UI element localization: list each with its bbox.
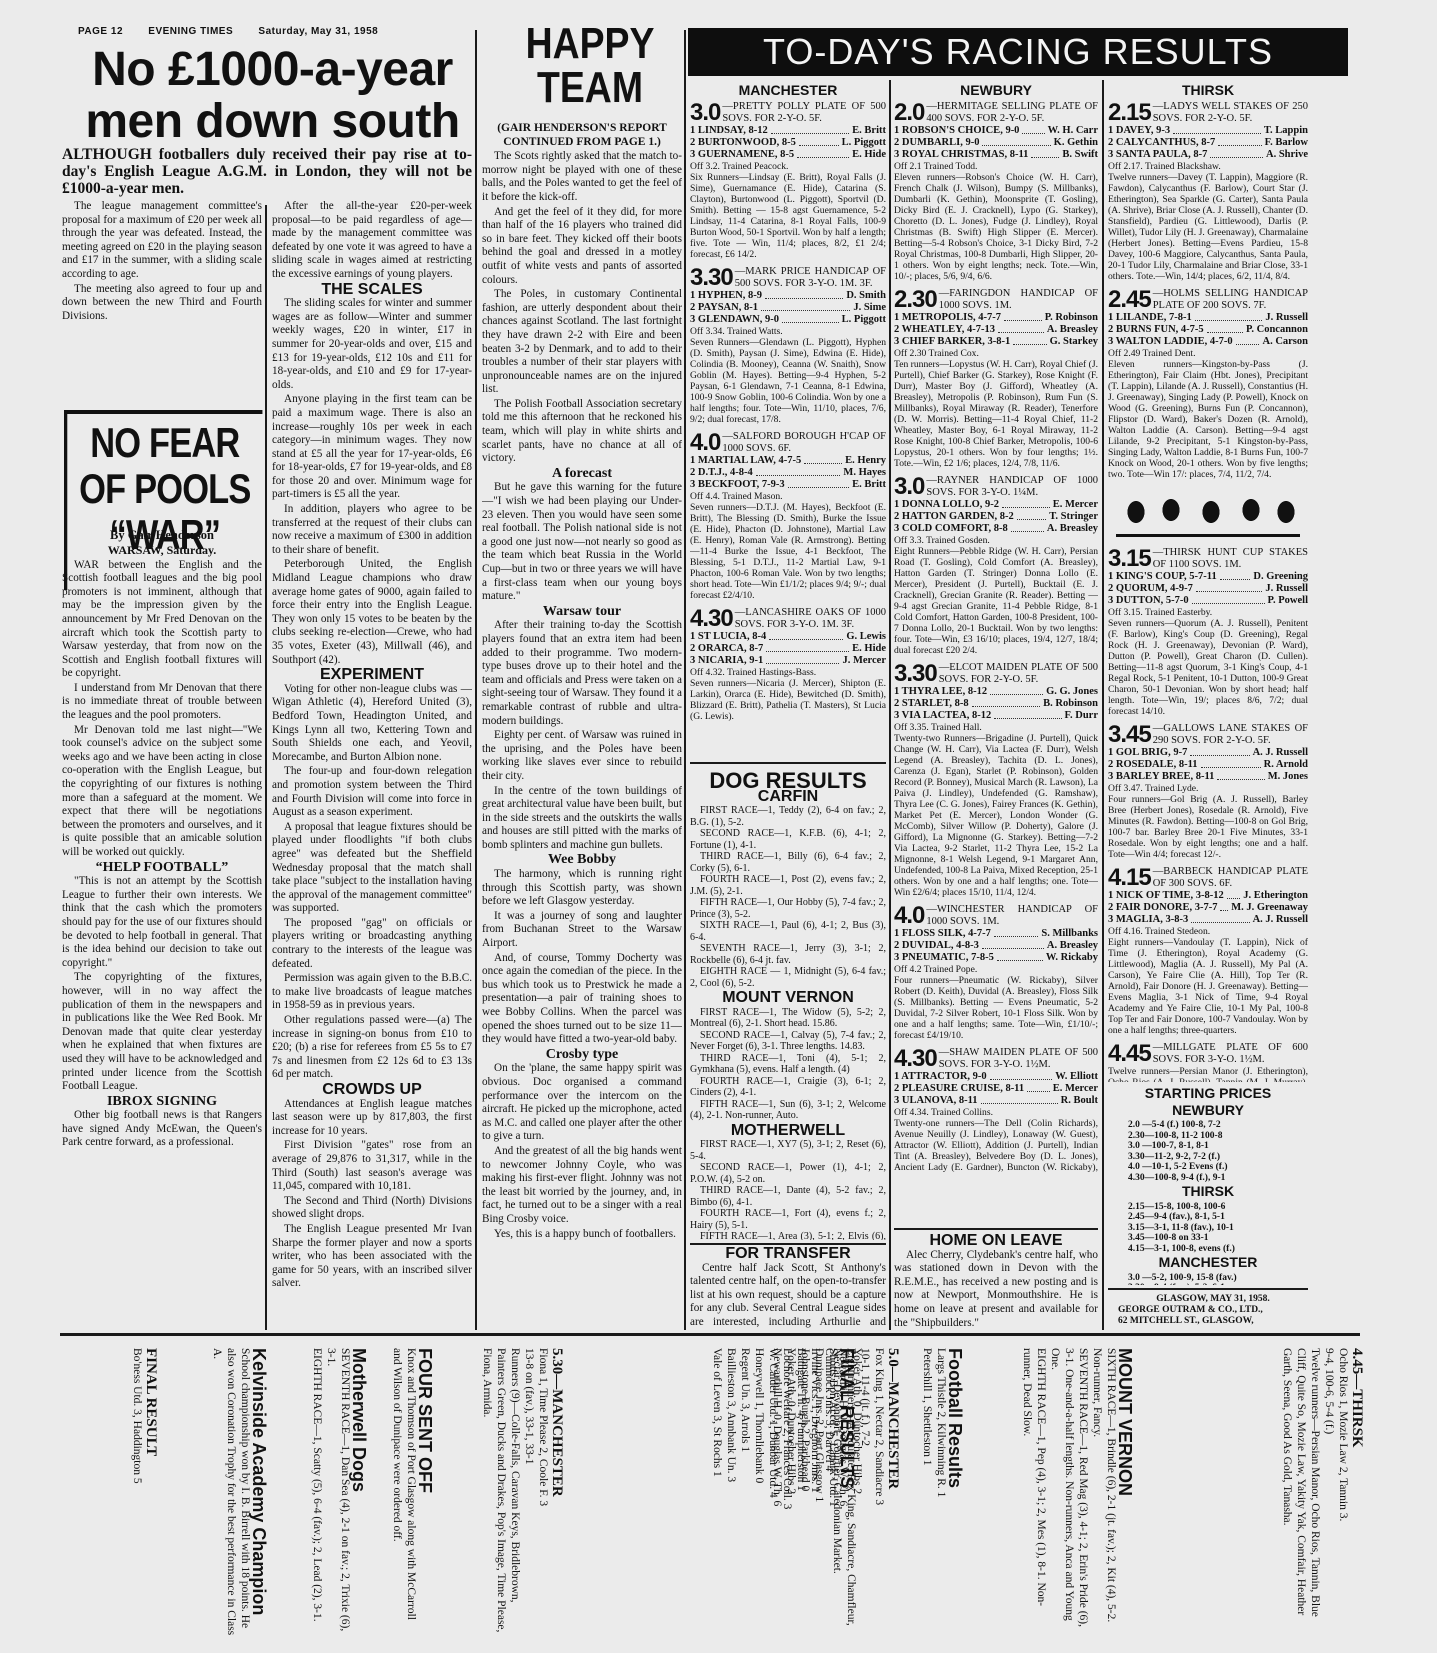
section-heading: EXPERIMENT <box>272 668 472 682</box>
track-name: MOUNT VERNON <box>690 991 886 1005</box>
race-result: 4.15—BARBECK HANDICAP PLATE of 300 sovs.… <box>1108 866 1308 1036</box>
stop-press-heading: 5.0—MANCHESTER <box>886 1348 900 1638</box>
horse: 2 PAYSAN, 8-1 <box>690 302 758 314</box>
race-title: —MILLGATE PLATE of 600 sovs. for 3-y-o. … <box>1153 1042 1308 1066</box>
sp-line: 3.30—11-2, 9-2, 7-2 (f.) <box>1108 1152 1308 1163</box>
race-detail: Eight runners—Vandoulay (T. Lappin), Nic… <box>1108 937 1308 1036</box>
race-time: 2.30 <box>894 288 937 312</box>
horse: 1 LINDSAY, 8-12 <box>690 125 768 137</box>
horse: 1 NICK OF TIME, 3-8-12 <box>1108 890 1224 902</box>
horse: 1 FLOSS SILK, 4-7-7 <box>894 928 991 940</box>
jockey: A. Carson <box>1262 336 1308 348</box>
paragraph: Alec Cherry, Clydebank's centre half, wh… <box>894 1249 1098 1330</box>
jockey: G. Starkey <box>1050 336 1098 348</box>
horse: 1 ROBSON'S CHOICE, 9-0 <box>894 125 1019 137</box>
leader-dots <box>1196 583 1263 592</box>
paragraph: The copyrighting of the fixtures, howeve… <box>62 971 262 1093</box>
horse: 3 BARLEY BREE, 8-11 <box>1108 771 1214 783</box>
column-rule <box>684 30 686 1330</box>
horse: 3 GUERNAMENE, 8-5 <box>690 149 794 161</box>
paragraph: The Second and Third (North) Divisions s… <box>272 1195 472 1222</box>
placing: 1 METROPOLIS, 4-7-7P. Robinson <box>894 312 1098 324</box>
leader-dots <box>1195 312 1263 321</box>
race-time: 2.45 <box>1108 288 1151 312</box>
race-header: 3.30—ELCOT MAIDEN PLATE of 500 sovs. for… <box>894 662 1098 686</box>
placing: 3 PNEUMATIC, 7-8-5W. Rickaby <box>894 952 1098 964</box>
horse: 1 HYPHEN, 8-9 <box>690 290 762 302</box>
stop-press-line: Ocho Rios 1, Mozie Law 2, Tannin 3. <box>1336 1348 1350 1638</box>
race-header: 4.30—LANCASHIRE OAKS of 1000 sovs. for 3… <box>690 607 886 631</box>
placing: 2 ORARCA, 8-7E. Hide <box>690 643 886 655</box>
off-time: Off 4.16. Trained Stedeon. <box>1108 926 1308 937</box>
off-time: Off 4.32. Trained Hastings-Bass. <box>690 667 886 678</box>
paragraph: After their training to-day the Scottish… <box>482 619 682 728</box>
column-rule <box>1102 80 1104 1330</box>
off-time: Off 4.2 Trained Pope. <box>894 964 1098 975</box>
paragraph: The harmony, which is running right thro… <box>482 868 682 909</box>
stop-press-block: FINAL RESULTBo'ness Utd. 3, Haddington 5 <box>130 1348 158 1638</box>
off-time: Off 4.34. Trained Collins. <box>894 1107 1098 1118</box>
stop-press-line: Johnstone Burgh 2, Parkhead 0 <box>798 1348 812 1638</box>
placing: 3 VIA LACTEA, 8-12F. Durr <box>894 710 1098 722</box>
race-detail: Seven runners—D.T.J. (M. Hayes), Beckfoo… <box>690 502 886 601</box>
leader-dots <box>1022 125 1044 134</box>
horse: 2 STARLET, 8-8 <box>894 698 969 710</box>
newspaper-page: PAGE 12 EVENING TIMES Saturday, May 31, … <box>0 0 1437 1653</box>
dog-race-result: SIXTH RACE—1, Paul (6), 4-1; 2, Bus (3),… <box>690 920 886 943</box>
horse: 1 METROPOLIS, 4-7-7 <box>894 312 1001 324</box>
horse: 1 ATTRACTOR, 9-0 <box>894 1071 987 1083</box>
stop-press-block: MOUNT VERNONSIXTH RACE—1, Brindle (6), 2… <box>1020 1348 1132 1638</box>
section-heading: THE SCALES <box>272 283 472 297</box>
paragraph: But he gave this warning for the future—… <box>482 481 682 603</box>
column-3: (GAIR HENDERSON'S REPORT CONTINUED FROM … <box>482 122 682 1330</box>
paragraph: It was a journey of song and laughter fr… <box>482 910 682 951</box>
paragraph: The Polish Football Association secretar… <box>482 398 682 466</box>
sp-line: 4.30—100-8, 9-4 (f.), 9-1 <box>1108 1173 1308 1184</box>
jockey: J. Russell <box>1265 583 1308 595</box>
race-result: 4.45—MILLGATE PLATE of 600 sovs. for 3-y… <box>1108 1042 1308 1082</box>
race-result: 2.15—LADYS WELL STAKES of 250 sovs. for … <box>1108 101 1308 282</box>
horse: 3 VIA LACTEA, 8-12 <box>894 710 991 722</box>
paragraph: A proposal that league fixtures should b… <box>272 821 472 916</box>
paragraph: In addition, players who agree to be tra… <box>272 503 472 557</box>
leader-dots <box>1201 759 1261 768</box>
placing: 3 DUTTON, 5-7-0P. Powell <box>1108 595 1308 607</box>
placing: 2 STARLET, 8-8B. Robinson <box>894 698 1098 710</box>
imprint: GLASGOW, MAY 31, 1958. GEORGE OUTRAM & C… <box>1118 1294 1308 1334</box>
race-header: 2.15—LADYS WELL STAKES of 250 sovs. for … <box>1108 101 1308 125</box>
race-detail: Four runners—Gol Brig (A. J. Russell), B… <box>1108 794 1308 860</box>
jockey: J. Russell <box>1265 312 1308 324</box>
stop-press-line: 10-1, 11-4 (jt. f.), 7-2 <box>858 1348 872 1638</box>
race-title: —THIRSK HUNT CUP STAKES of 1100 sovs. 1m… <box>1153 547 1308 571</box>
jockey: E. Mercer <box>1053 1083 1098 1095</box>
stop-press-line: Eight runners—Articulate, Fox King, Sand… <box>830 1348 858 1638</box>
section-rule <box>1108 1288 1308 1290</box>
paragraph: Peterborough United, the English Midland… <box>272 558 472 667</box>
horse: 3 ROYAL CHRISTMAS, 8-11 <box>894 149 1028 161</box>
off-time: Off 3.3. Trained Gosden. <box>894 535 1098 546</box>
jockey: G. Lewis <box>846 631 886 643</box>
page-number: PAGE 12 <box>78 26 123 37</box>
section-heading: FOR TRANSFER <box>690 1247 886 1261</box>
leader-dots <box>1002 499 1050 508</box>
race-header: 4.45—MILLGATE PLATE of 600 sovs. for 3-y… <box>1108 1042 1308 1066</box>
race-detail: Eight Runners—Pebble Ridge (W. H. Carr),… <box>894 546 1098 656</box>
leader-dots <box>998 324 1044 333</box>
placing: 2 CALYCANTHUS, 8-7F. Barlow <box>1108 137 1308 149</box>
race-time: 3.0 <box>690 101 720 125</box>
horse: 3 MAGLIA, 3-8-3 <box>1108 914 1188 926</box>
horse: 3 NICARIA, 9-1 <box>690 655 763 667</box>
leader-dots <box>1220 902 1228 911</box>
stop-press-line: School championship won by I. B. Birrell… <box>210 1348 252 1638</box>
paragraph: On the 'plane, the same happy spirit was… <box>482 1062 682 1144</box>
dog-race-result: FIFTH RACE—1, Our Hobby (5), 7-4 fav.; 2… <box>690 897 886 920</box>
leader-dots <box>797 149 849 158</box>
placing: 2 PAYSAN, 8-1J. Sime <box>690 302 886 314</box>
jockey: T. Lappin <box>1264 125 1308 137</box>
race-time: 4.30 <box>894 1047 937 1071</box>
horse: 1 GOL BRIG, 9-7 <box>1108 747 1187 759</box>
horse: 3 BECKFOOT, 7-9-3 <box>690 479 785 491</box>
race-header: 3.30—MARK PRICE HANDICAP of 500 sovs. fo… <box>690 266 886 290</box>
section-heading: “HELP FOOTBALL” <box>62 861 262 875</box>
track-name: MOTHERWELL <box>690 1124 886 1138</box>
jockey: L. Piggott <box>842 314 886 326</box>
leader-dots <box>1027 1083 1050 1092</box>
paragraph: Yes, this is a happy bunch of footballer… <box>482 1228 682 1242</box>
placing: 1 THYRA LEE, 8-12G. G. Jones <box>894 686 1098 698</box>
leader-dots <box>994 710 1061 719</box>
race-result: 2.30—FARINGDON HANDICAP of 1000 sovs. 1m… <box>894 288 1098 469</box>
column-rule <box>265 205 267 1330</box>
horse: 2 D.T.J., 4-8-4 <box>690 467 753 479</box>
paragraph: The league management committee's propos… <box>62 200 262 282</box>
horse: 1 LILANDE, 7-8-1 <box>1108 312 1192 324</box>
jockey: P. Concannon <box>1246 324 1308 336</box>
leader-dots <box>1191 914 1249 923</box>
race-result: 3.0—RAYNER HANDICAP of 1000 sovs. for 3-… <box>894 475 1098 656</box>
section-rule <box>690 1243 886 1245</box>
jockey: D. Greening <box>1253 571 1308 583</box>
jockey: W. Elliott <box>1055 1071 1098 1083</box>
race-title: —FARINGDON HANDICAP of 1000 sovs. 1m. <box>939 288 1098 312</box>
sp-line: 2.0 —5-4 (f.) 100-8, 7-2 <box>1108 1120 1308 1131</box>
stop-press-line: Vale of Leven 3, St Rochs 1 <box>710 1348 724 1638</box>
paragraph: Permission was again given to the B.B.C.… <box>272 972 472 1013</box>
stop-press-line: Runners (9)—Colle-Falls, Caravan Keys, B… <box>480 1348 522 1638</box>
horse: 2 DUMBARLI, 9-0 <box>894 137 979 149</box>
jockey: A. Breasley <box>1047 940 1098 952</box>
jockey: A. Shrive <box>1266 149 1308 161</box>
leader-dots <box>981 1095 1058 1104</box>
leader-dots <box>1220 571 1251 580</box>
stop-press-heading: 4.45—THIRSK <box>1350 1348 1364 1638</box>
horse: 3 SANTA PAULA, 8-7 <box>1108 149 1207 161</box>
race-result: 2.45—HOLMS SELLING HANDICAP PLATE of 200… <box>1108 288 1308 480</box>
race-time: 3.30 <box>690 266 733 290</box>
placing: 1 LILANDE, 7-8-1J. Russell <box>1108 312 1308 324</box>
dog-race-result: FIRST RACE—1, The Widow (5), 5-2; 2, Mon… <box>690 1007 886 1030</box>
leader-dots <box>788 479 850 488</box>
race-result: 3.15—THIRSK HUNT CUP STAKES of 1100 sovs… <box>1108 547 1308 717</box>
sp-line: 3.30—9-4 (fav.), 5-2, 6-1 <box>1108 1283 1308 1285</box>
section-heading: HOME ON LEAVE <box>894 1234 1098 1248</box>
off-time: Off 3.35. Trained Hall. <box>894 722 1098 733</box>
jockey: A. J. Russell <box>1253 747 1308 759</box>
course-manchester: MANCHESTER3.0—PRETTY POLLY PLATE of 500 … <box>690 82 886 722</box>
paragraph: Other big football news is that Rangers … <box>62 1109 262 1150</box>
leader-dots <box>766 643 849 652</box>
race-time: 4.0 <box>894 904 924 928</box>
paragraph: The Poles, in customary Continental fash… <box>482 288 682 397</box>
horse: 2 PLEASURE CRUISE, 8-11 <box>894 1083 1024 1095</box>
placing: 3 SANTA PAULA, 8-7A. Shrive <box>1108 149 1308 161</box>
off-time: Off 2.49 Trained Dent. <box>1108 348 1308 359</box>
paragraph: And the greatest of all the big hands we… <box>482 1145 682 1227</box>
stop-press-block: 5.30—MANCHESTERFiona 1, Time Please 2, C… <box>480 1348 564 1638</box>
jockey: E. Hide <box>852 149 886 161</box>
dog-race-result: FOURTH RACE—1, Post (2), evens fav.; 2, … <box>690 874 886 897</box>
stop-press-line: Newarthill H. 0, Douglas W. Th. 6 <box>770 1348 784 1638</box>
jockey: R. Arnold <box>1264 759 1308 771</box>
race-time: 4.0 <box>690 431 720 455</box>
jockey: E. Henry <box>845 455 886 467</box>
race-detail: Seven Runners—Glendawn (L. Piggott), Hyp… <box>690 337 886 425</box>
jockey: E. Mercer <box>1053 499 1098 511</box>
lead-headline: No £1000-a-year men down south <box>70 44 475 148</box>
jockey: K. Gethin <box>1054 137 1098 149</box>
stop-press-block: Kelvinside Academy ChampionSchool champi… <box>210 1348 266 1638</box>
race-result: 3.45—GALLOWS LANE STAKES of 290 sovs. fo… <box>1108 723 1308 860</box>
placing: 1 DONNA LOLLO, 9-2E. Mercer <box>894 499 1098 511</box>
sp-course: THIRSK <box>1108 1185 1308 1199</box>
race-detail: Eleven runners—Kingston-by-Pass (J. Ethe… <box>1108 359 1308 480</box>
stop-press-line: SIXTH RACE—1, Brindle (6), 2-1 (jt. fav.… <box>1090 1348 1118 1638</box>
race-result: 4.0—SALFORD BOROUGH H'CAP of 1000 sovs. … <box>690 431 886 601</box>
race-header: 2.30—FARINGDON HANDICAP of 1000 sovs. 1m… <box>894 288 1098 312</box>
placing: 1 KING'S COUP, 5-7-11D. Greening <box>1108 571 1308 583</box>
race-title: —LANCASHIRE OAKS of 1000 sovs. for 3-y-o… <box>735 607 886 631</box>
leader-dots <box>769 631 843 640</box>
jockey: M. Jones <box>1268 771 1308 783</box>
stop-press-line: Largs Thistle 2, Kilwinning R. 1 <box>934 1348 948 1638</box>
placing: 2 ROSEDALE, 8-11R. Arnold <box>1108 759 1308 771</box>
racing-results-banner: TO-DAY'S RACING RESULTS <box>688 28 1348 76</box>
issue-date: Saturday, May 31, 1958 <box>258 26 378 37</box>
dog-results: DOG RESULTSCARFINFIRST RACE—1, Teddy (2)… <box>690 770 886 1240</box>
dog-race-result: THIRD RACE—1, Billy (6), 6-4 fav.; 2, Co… <box>690 851 886 874</box>
stop-press-line: Twelve runners—Persian Manor, Ocho Rios,… <box>1280 1348 1322 1638</box>
jockey: J. Mercer <box>842 655 886 667</box>
placing: 2 PLEASURE CRUISE, 8-11E. Mercer <box>894 1083 1098 1095</box>
stop-press-heading: FINAL RESULT <box>144 1348 158 1638</box>
placing: 3 GUERNAMENE, 8-5E. Hide <box>690 149 886 161</box>
race-result: 4.30—SHAW MAIDEN PLATE of 500 sovs. for … <box>894 1047 1098 1172</box>
leader-dots <box>990 1071 1053 1080</box>
leader-dots <box>761 302 850 311</box>
race-detail: Eleven runners—Robson's Choice (W. H. Ca… <box>894 172 1098 282</box>
column-1: The league management committee's propos… <box>62 200 262 1330</box>
jockey: B. Swift <box>1062 149 1098 161</box>
race-detail: Seven runners—Nicaria (J. Mercer), Shipt… <box>690 678 886 722</box>
stop-press-block: Motherwell DogsSEVENTH RACE—1, Dan Sea (… <box>310 1348 366 1638</box>
masthead: PAGE 12 EVENING TIMES Saturday, May 31, … <box>78 26 400 37</box>
horse: 2 BURTONWOOD, 8-5 <box>690 137 796 149</box>
race-result: 4.0—WINCHESTER HANDICAP of 1000 sovs. 1m… <box>894 904 1098 1041</box>
horse: 2 DUVIDAL, 4-8-3 <box>894 940 979 952</box>
paragraph: In the centre of the town buildings of g… <box>482 785 682 853</box>
horse: 2 ORARCA, 8-7 <box>690 643 763 655</box>
placing: 1 HYPHEN, 8-9D. Smith <box>690 290 886 302</box>
starting-prices-heading: STARTING PRICES <box>1108 1087 1308 1101</box>
dog-race-result: EIGHTH RACE — 1, Midnight (5), 6-4 fav.;… <box>690 966 886 989</box>
dog-results-heading: DOG RESULTS <box>690 774 886 788</box>
placing: 2 HATTON GARDEN, 8-2T. Stringer <box>894 511 1098 523</box>
paragraph: And, of course, Tommy Docherty was once … <box>482 952 682 1047</box>
leader-dots <box>997 952 1043 961</box>
paragraph: "This is not an attempt by the Scottish … <box>62 875 262 970</box>
horse: 3 PNEUMATIC, 7-8-5 <box>894 952 994 964</box>
race-header: 2.45—HOLMS SELLING HANDICAP PLATE of 200… <box>1108 288 1308 312</box>
race-time: 4.45 <box>1108 1042 1151 1066</box>
leader-dots <box>994 928 1039 937</box>
race-detail: Seven runners—Quorum (A. J. Russell), Pe… <box>1108 618 1308 717</box>
placing: 1 FLOSS SILK, 4-7-7S. Millbanks <box>894 928 1098 940</box>
jockey: D. Smith <box>846 290 886 302</box>
sp-line: 4.15—3-1, 100-8, evens (f.) <box>1108 1244 1308 1255</box>
jockey: W. Rickaby <box>1046 952 1098 964</box>
stop-press-line: Bo'ness Utd. 3, Haddington 5 <box>130 1348 144 1638</box>
race-header: 2.0—HERMITAGE SELLING PLATE of 400 sovs.… <box>894 101 1098 125</box>
leader-dots <box>1190 747 1249 756</box>
placing: 2 BURTONWOOD, 8-5L. Piggott <box>690 137 886 149</box>
stop-press-line: SEVENTH RACE—1, Red Mag (3), 4-1; 2, Eri… <box>1048 1348 1090 1638</box>
race-time: 3.15 <box>1108 547 1151 571</box>
continued-note: (GAIR HENDERSON'S REPORT CONTINUED FROM … <box>482 122 682 149</box>
horse: 3 COLD COMFORT, 8-8 <box>894 523 1008 535</box>
horse: 1 KING'S COUP, 5-7-11 <box>1108 571 1217 583</box>
race-title: —HERMITAGE SELLING PLATE of 400 sovs. fo… <box>926 101 1098 125</box>
race-result: 3.30—MARK PRICE HANDICAP of 500 sovs. fo… <box>690 266 886 425</box>
leader-dots <box>782 314 839 323</box>
placing: 3 ROYAL CHRISTMAS, 8-11B. Swift <box>894 149 1098 161</box>
horse: 1 MARTIAL LAW, 4-7-5 <box>690 455 801 467</box>
placing: 1 DAVEY, 9-3T. Lappin <box>1108 125 1308 137</box>
stop-press-heading: 5.30—MANCHESTER <box>550 1348 564 1638</box>
paragraph: Anyone playing in the first team can be … <box>272 393 472 502</box>
starting-prices: STARTING PRICESNEWBURY2.0 —5-4 (f.) 100-… <box>1108 1085 1308 1285</box>
horse: 2 CALYCANTHUS, 8-7 <box>1108 137 1215 149</box>
placing: 2 FAIR DONORE, 3-7-7M. J. Greenaway <box>1108 902 1308 914</box>
dog-race-result: SEVENTH RACE—1, Jerry (3), 3-1; 2, Rockb… <box>690 943 886 966</box>
column-rule <box>889 80 891 1330</box>
stop-press-line: EIGHTH RACE—1, Pep (4), 3-1; 2, Mes (1),… <box>1020 1348 1048 1638</box>
race-title: —HOLMS SELLING HANDICAP PLATE of 200 sov… <box>1153 288 1308 312</box>
jockey: J. Etherington <box>1243 890 1308 902</box>
leader-dots <box>1210 149 1263 158</box>
placing: 3 WALTON LADDIE, 4-7-0A. Carson <box>1108 336 1308 348</box>
stop-press-line: 13-8 on (fav.), 33-1, 33-1 <box>522 1348 536 1638</box>
jockey: P. Powell <box>1268 595 1308 607</box>
jockey: R. Boult <box>1061 1095 1098 1107</box>
course-name: NEWBURY <box>894 84 1098 98</box>
horse: 2 ROSEDALE, 8-11 <box>1108 759 1198 771</box>
jockey: M. Hayes <box>843 467 886 479</box>
placing: 3 BARLEY BREE, 8-11M. Jones <box>1108 771 1308 783</box>
jockey: A. Breasley <box>1047 523 1098 535</box>
pools-war-headline: NO FEAR OF POOLS “WAR” <box>64 410 262 590</box>
section-heading: Wee Bobby <box>482 853 682 867</box>
leader-dots <box>1192 595 1265 604</box>
placing: 2 DUMBARLI, 9-0K. Gethin <box>894 137 1098 149</box>
placing: 1 GOL BRIG, 9-7A. J. Russell <box>1108 747 1308 759</box>
race-title: —WINCHESTER HANDICAP of 1000 sovs. 1m. <box>926 904 1098 928</box>
sp-line: 3.0 —100-7, 8-1, 8-1 <box>1108 1141 1308 1152</box>
leader-dots <box>982 137 1050 146</box>
paragraph: Attendances at English league matches la… <box>272 1098 472 1139</box>
stop-press-line: Fiona 1, Time Please 2, Coole F. 3 <box>536 1348 550 1638</box>
lead-intro: ALTHOUGH footballers duly received their… <box>62 146 472 197</box>
leader-dots <box>1218 137 1261 146</box>
race-title: —LADYS WELL STAKES of 250 sovs. for 2-y-… <box>1153 101 1308 125</box>
stop-press-line: Fox King 1, Nectar 2, Sandiacre 3 <box>872 1348 886 1638</box>
leader-dots <box>804 455 842 464</box>
placing: 3 MAGLIA, 3-8-3A. J. Russell <box>1108 914 1308 926</box>
race-header: 4.15—BARBECK HANDICAP PLATE of 300 sovs.… <box>1108 866 1308 890</box>
off-time: Off 3.15. Trained Easterby. <box>1108 607 1308 618</box>
stop-press-line: Yoker Ath. 0, Duntocher Hibs 2 <box>784 1348 798 1638</box>
race-title: —RAYNER HANDICAP of 1000 sovs. for 3-y-o… <box>926 475 1098 499</box>
race-header: 3.15—THIRSK HUNT CUP STAKES of 1100 sovs… <box>1108 547 1308 571</box>
column-rule <box>475 30 477 1330</box>
sp-line: 3.45—100-8 on 33-1 <box>1108 1233 1308 1244</box>
jockey: G. G. Jones <box>1046 686 1098 698</box>
race-detail: Twelve runners—Davey (T. Lappin), Maggio… <box>1108 172 1308 282</box>
paragraph: The sliding scales for winter and summer… <box>272 297 472 392</box>
race-header: 3.0—RAYNER HANDICAP of 1000 sovs. for 3-… <box>894 475 1098 499</box>
dog-race-result: THIRD RACE—1, Toni (4), 5-1; 2, Gymkhana… <box>690 1053 886 1076</box>
stop-press-block: 4.45—THIRSKOcho Rios 1, Mozie Law 2, Tan… <box>1280 1348 1364 1638</box>
course-name: MANCHESTER <box>690 84 886 98</box>
placing: 2 WHEATLEY, 4-7-13A. Breasley <box>894 324 1098 336</box>
race-title: —ELCOT MAIDEN PLATE of 500 sovs. for 2-y… <box>939 662 1098 686</box>
race-detail: Ten runners—Lopystus (W. H. Carr), Royal… <box>894 359 1098 469</box>
race-result: 2.0—HERMITAGE SELLING PLATE of 400 sovs.… <box>894 101 1098 282</box>
placing: 3 CHIEF BARKER, 3-8-1G. Starkey <box>894 336 1098 348</box>
section-heading: IBROX SIGNING <box>62 1095 262 1109</box>
jockey: L. Piggott <box>842 137 886 149</box>
placing: 1 ATTRACTOR, 9-0W. Elliott <box>894 1071 1098 1083</box>
dog-race-result: THIRD RACE—1, Dante (4), 5-2 fav.; 2, Bi… <box>690 1185 886 1208</box>
stop-press-heading: Football Results <box>948 1348 962 1638</box>
placing: 2 QUORUM, 4-9-7J. Russell <box>1108 583 1308 595</box>
dog-race-result: FIRST RACE—1, Teddy (2), 6-4 on fav.; 2,… <box>690 805 886 828</box>
jockey: B. Robinson <box>1043 698 1098 710</box>
sp-course: NEWBURY <box>1108 1104 1308 1118</box>
stop-press-line: SEVENTH RACE—1, Dan Sea (4), 2-1 on fav.… <box>324 1348 352 1638</box>
sp-course: MANCHESTER <box>1108 1256 1308 1270</box>
leader-dots <box>1013 336 1046 345</box>
placing: 1 ST LUCIA, 8-4G. Lewis <box>690 631 886 643</box>
horse: 2 BURNS FUN, 4-7-5 <box>1108 324 1204 336</box>
placing: 1 NICK OF TIME, 3-8-12J. Etherington <box>1108 890 1308 902</box>
dog-race-result: FOURTH RACE—1, Fort (4), evens f.; 2, Ha… <box>690 1208 886 1231</box>
leader-dots <box>766 655 839 664</box>
race-detail: Twenty-two Runners—Brigadine (J. Purtell… <box>894 733 1098 898</box>
